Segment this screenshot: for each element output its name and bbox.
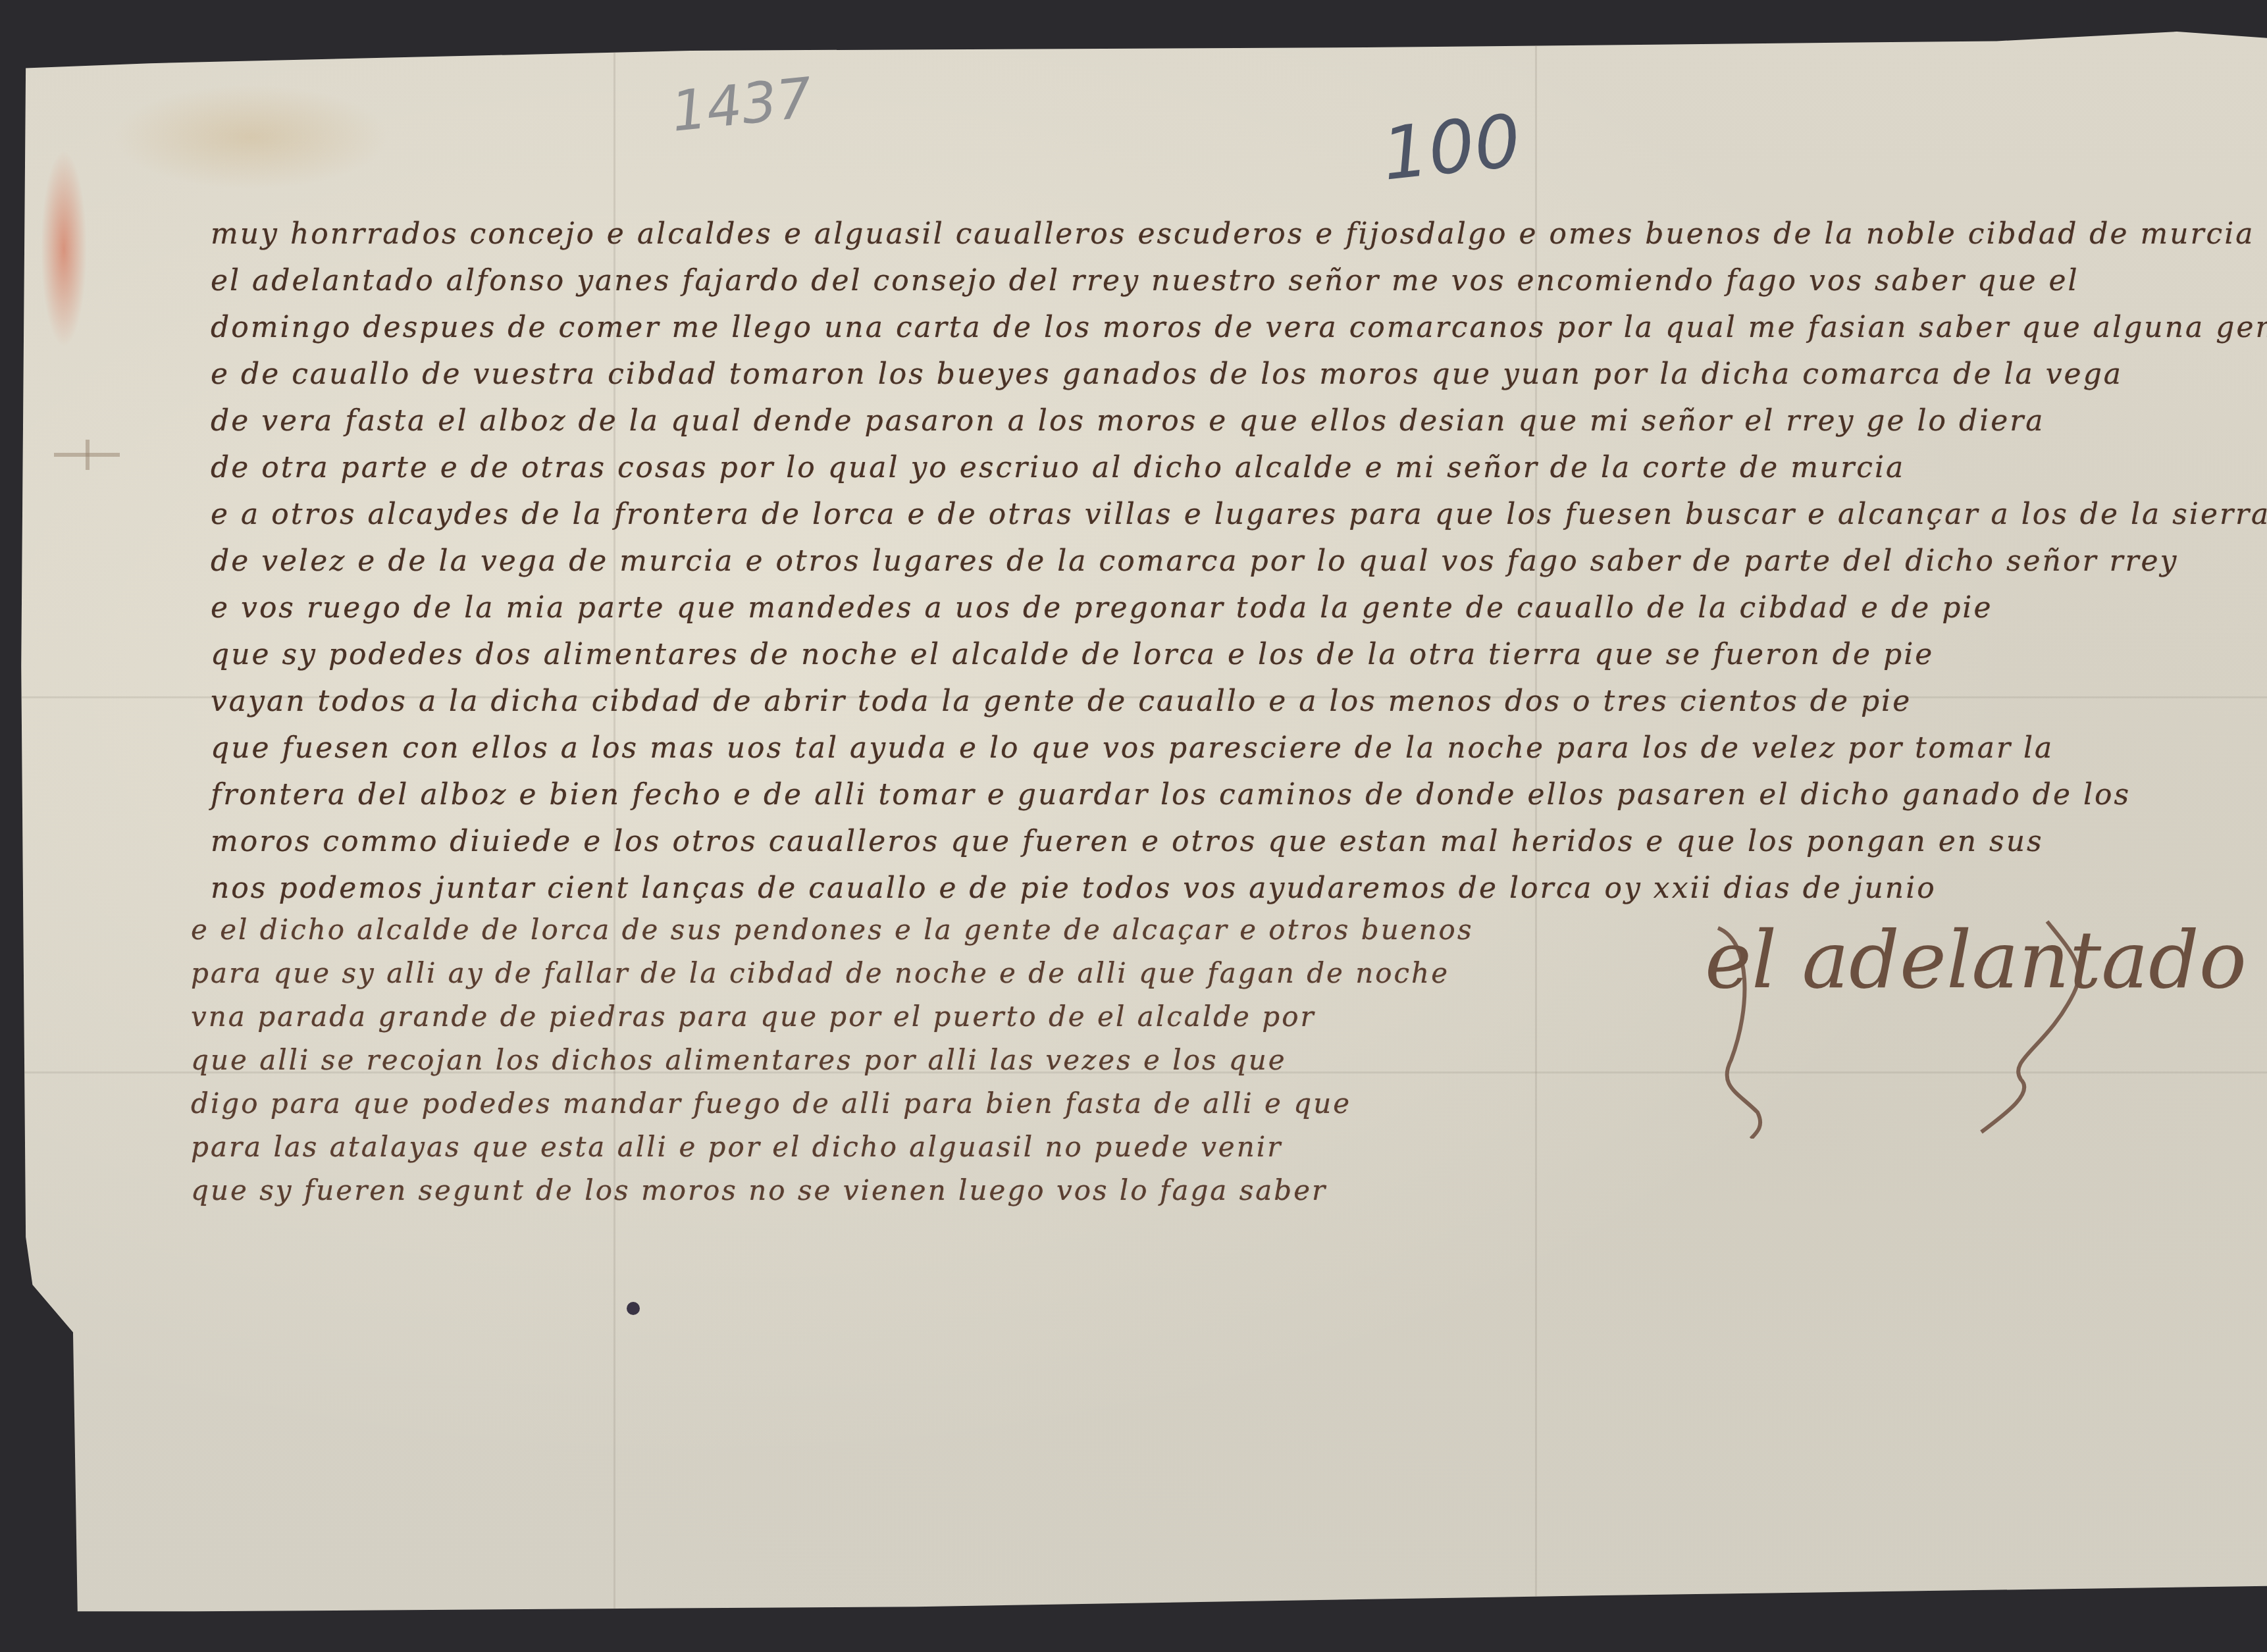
text-line: de vera fasta el alboz de la qual dende …: [211, 398, 2185, 444]
text-line: que alli se recojan los dichos alimentar…: [191, 1039, 1606, 1082]
ink-blot: [627, 1302, 640, 1315]
text-line: nos podemos juntar cient lanças de caual…: [211, 865, 2185, 912]
text-line: e vos ruego de la mia parte que mandedes…: [211, 584, 2185, 631]
water-stain: [113, 84, 390, 190]
text-line: vna parada grande de piedras para que po…: [191, 995, 1606, 1039]
text-line: para que sy alli ay de fallar de la cibd…: [191, 952, 1606, 995]
text-line: e de cauallo de vuestra cibdad tomaron l…: [211, 351, 2185, 398]
text-line: vayan todos a la dicha cibdad de abrir t…: [211, 678, 2185, 725]
main-letter-text: muy honrrados concejo e alcaldes e algua…: [211, 211, 2185, 912]
text-line: e a otros alcaydes de la frontera de lor…: [211, 491, 2185, 538]
text-line: para las atalayas que esta alli e por el…: [191, 1125, 1606, 1169]
text-line: que sy podedes dos alimentares de noche …: [211, 631, 2185, 678]
text-line: frontera del alboz e bien fecho e de all…: [211, 771, 2185, 818]
signature: el adelantado: [1705, 915, 2247, 1006]
text-line: que sy fueren segunt de los moros no se …: [191, 1169, 1606, 1212]
text-line: el adelantado alfonso yanes fajardo del …: [211, 257, 2185, 304]
text-line: e el dicho alcalde de lorca de sus pendo…: [191, 908, 1606, 952]
text-line: que fuesen con ellos a los mas uos tal a…: [211, 725, 2185, 771]
folio-number-annotation: 100: [1378, 98, 1524, 196]
text-line: moros commo diuiede e los otros caualler…: [211, 818, 2185, 865]
text-line: de otra parte e de otras cosas por lo qu…: [211, 444, 2185, 491]
text-line: digo para que podedes mandar fuego de al…: [191, 1082, 1606, 1125]
postscript-text: e el dicho alcalde de lorca de sus pendo…: [191, 908, 1606, 1212]
text-line: domingo despues de comer me llego una ca…: [211, 304, 2185, 351]
red-wax-stain: [41, 150, 87, 348]
text-line: muy honrrados concejo e alcaldes e algua…: [211, 211, 2185, 257]
text-line: de velez e de la vega de murcia e otros …: [211, 538, 2185, 584]
margin-cross-mark: [54, 453, 120, 457]
